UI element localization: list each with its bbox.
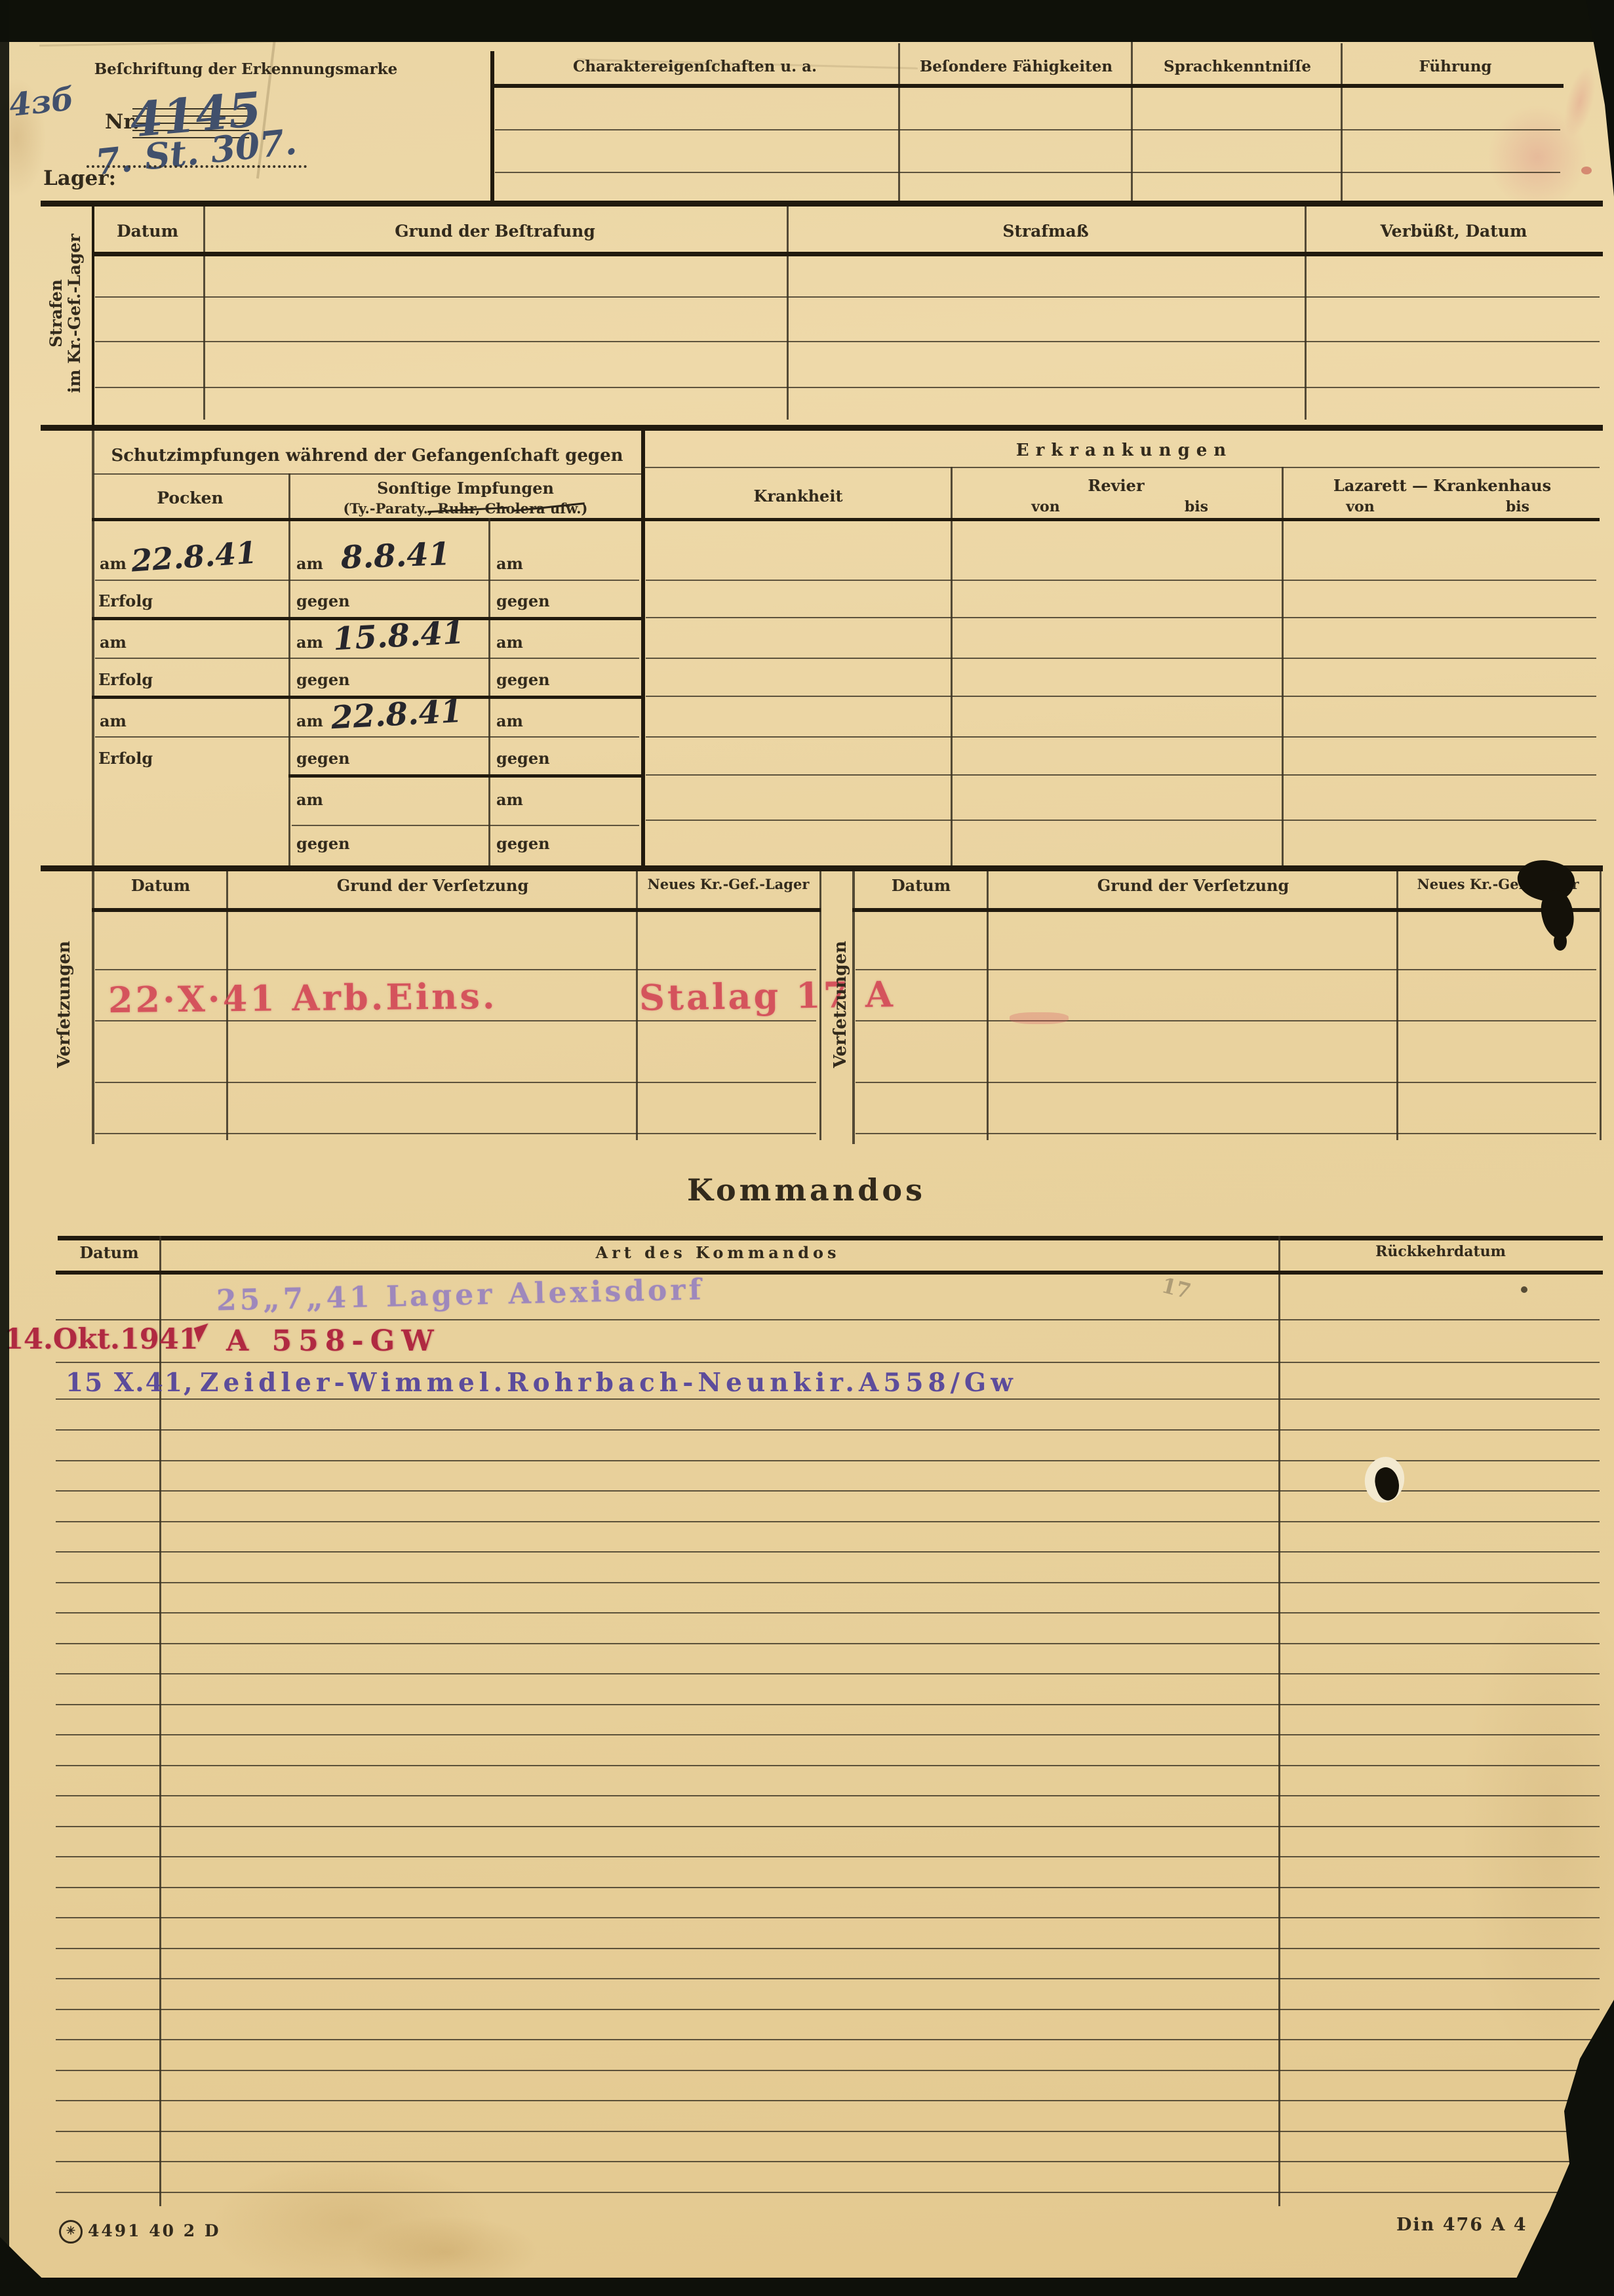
paper-edges (0, 0, 1614, 2296)
left-edge (0, 0, 9, 2296)
pow-record-card-back: Beſchriftung der Erkennungsmarke Nr. 414… (0, 0, 1614, 2296)
torn-top-edge (0, 0, 1614, 42)
bottom-edge (0, 2278, 1614, 2296)
torn-bottom-right-corner (1501, 2000, 1614, 2296)
